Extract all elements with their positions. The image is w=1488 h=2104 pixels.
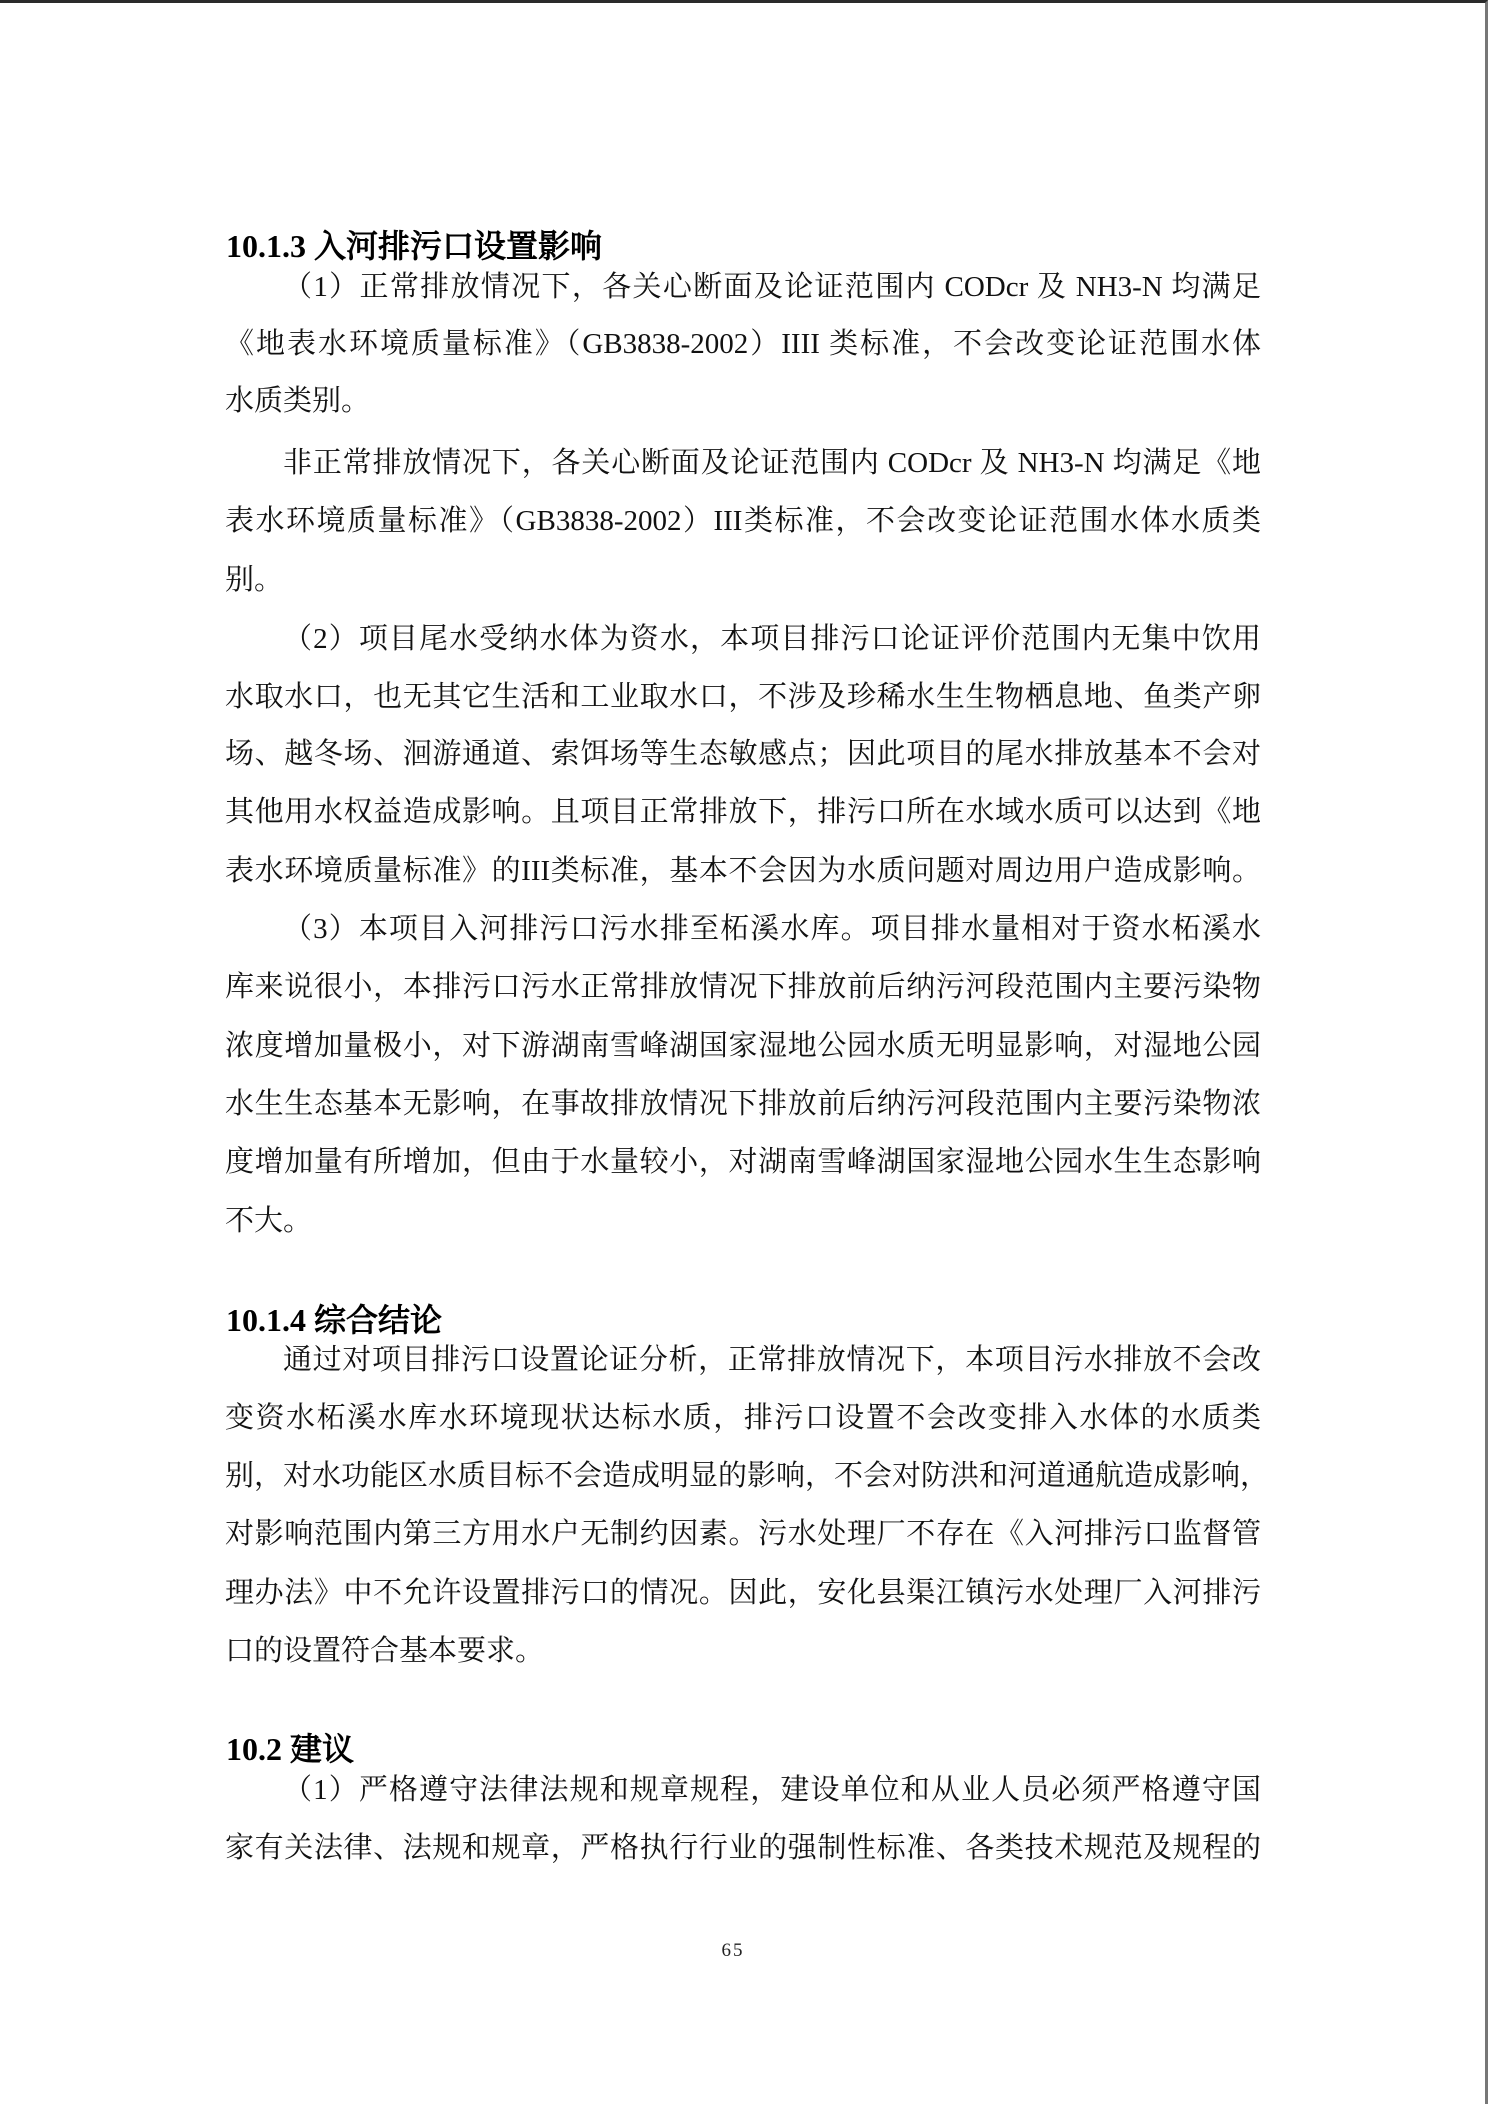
- text-line: 场、越冬场、洄游通道、索饵场等生态敏感点；因此项目的尾水排放基本不会对: [225, 736, 1261, 772]
- text-line: 《地表水环境质量标准》（GB3838-2002）IIII 类标准，不会改变论证范…: [225, 326, 1261, 362]
- text-line: 对影响范围内第三方用水户无制约因素。污水处理厂不存在《入河排污口监督管: [225, 1516, 1261, 1552]
- text-line: 库来说很小，本排污口污水正常排放情况下排放前后纳污河段范围内主要污染物: [225, 969, 1261, 1005]
- section-heading: 10.2 建议: [226, 1729, 354, 1769]
- text-line: 别，对水功能区水质目标不会造成明显的影响，不会对防洪和河道通航造成影响，: [225, 1458, 1261, 1494]
- text-line: 度增加量有所增加，但由于水量较小，对湖南雪峰湖国家湿地公园水生生态影响: [225, 1144, 1261, 1180]
- text-line: 家有关法律、法规和规章，严格执行行业的强制性标准、各类技术规范及规程的: [225, 1830, 1261, 1866]
- section-heading: 10.1.4 综合结论: [226, 1300, 442, 1340]
- text-line: 不大。: [225, 1203, 1261, 1239]
- page-number: 65: [0, 1940, 1466, 1962]
- text-line: （1）正常排放情况下，各关心断面及论证范围内 CODcr 及 NH3-N 均满足: [283, 269, 1261, 305]
- text-line: 口的设置符合基本要求。: [225, 1633, 1261, 1669]
- text-line: 水质类别。: [225, 383, 1261, 419]
- text-line: 其他用水权益造成影响。且项目正常排放下，排污口所在水域水质可以达到《地: [225, 794, 1261, 830]
- text-line: 别。: [225, 562, 1261, 598]
- text-line: 表水环境质量标准》的III类标准，基本不会因为水质问题对周边用户造成影响。: [225, 853, 1261, 889]
- text-line: 通过对项目排污口设置论证分析，正常排放情况下，本项目污水排放不会改: [283, 1342, 1261, 1378]
- text-line: 表水环境质量标准》（GB3838-2002）III类标准，不会改变论证范围水体水…: [225, 503, 1261, 539]
- text-line: （2）项目尾水受纳水体为资水，本项目排污口论证评价范围内无集中饮用: [283, 621, 1261, 657]
- text-line: 非正常排放情况下，各关心断面及论证范围内 CODcr 及 NH3-N 均满足《地: [283, 445, 1261, 481]
- text-line: 浓度增加量极小，对下游湖南雪峰湖国家湿地公园水质无明显影响，对湿地公园: [225, 1028, 1261, 1064]
- text-line: 水生生态基本无影响，在事故排放情况下排放前后纳污河段范围内主要污染物浓: [225, 1086, 1261, 1122]
- text-line: （1）严格遵守法律法规和规章规程，建设单位和从业人员必须严格遵守国: [283, 1772, 1261, 1808]
- text-line: （3）本项目入河排污口污水排至柘溪水库。项目排水量相对于资水柘溪水: [283, 911, 1261, 947]
- text-line: 变资水柘溪水库水环境现状达标水质，排污口设置不会改变排入水体的水质类: [225, 1400, 1261, 1436]
- section-heading: 10.1.3 入河排污口设置影响: [226, 226, 602, 266]
- text-line: 理办法》中不允许设置排污口的情况。因此，安化县渠江镇污水处理厂入河排污: [225, 1575, 1261, 1611]
- text-line: 水取水口，也无其它生活和工业取水口，不涉及珍稀水生生物栖息地、鱼类产卵: [225, 679, 1261, 715]
